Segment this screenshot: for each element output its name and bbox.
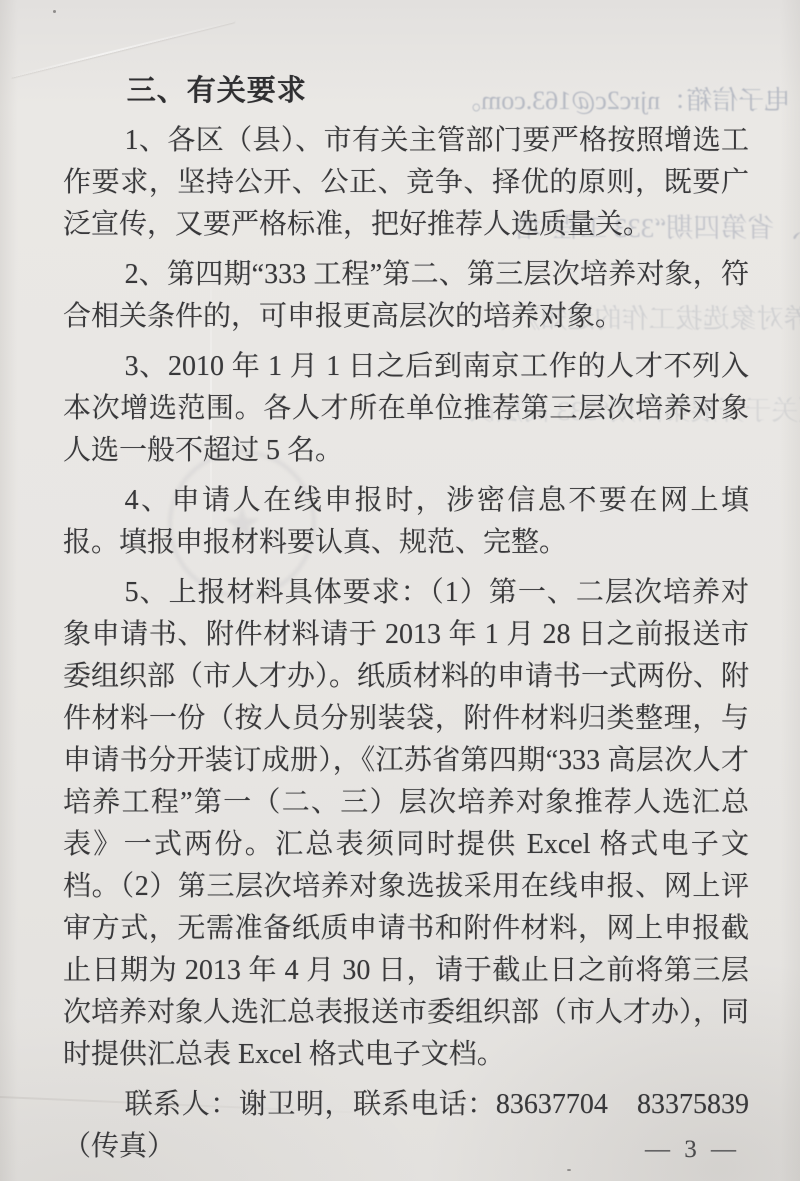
paragraph-1: 1、各区（县）、市有关主管部门要严格按照增选工作要求，坚持公开、公正、竞争、择优… bbox=[63, 120, 749, 246]
document-body: 三、有关要求 1、各区（县）、市有关主管部门要严格按照增选工作要求，坚持公开、公… bbox=[63, 70, 749, 1176]
paragraph-2: 2、第四期“333 工程”第二、第三层次培养对象，符合相关条件的，可申报更高层次… bbox=[63, 254, 749, 338]
section-heading: 三、有关要求 bbox=[63, 70, 749, 112]
scanned-document-page: 电子信箱：njrc2c@163.com。 1、省第四期“333 工程”增 养对象… bbox=[0, 0, 800, 1181]
scan-speck bbox=[53, 10, 56, 13]
paragraph-4: 4、申请人在线申报时，涉密信息不要在网上填报。填报申报材料要认真、规范、完整。 bbox=[63, 480, 749, 564]
page-number: — 3 — bbox=[645, 1136, 740, 1164]
paragraph-3: 3、2010 年 1 月 1 日之后到南京工作的人才不列入本次增选范围。各人才所… bbox=[63, 346, 749, 472]
paragraph-5: 5、上报材料具体要求：（1）第一、二层次培养对象申请书、附件材料请于 2013 … bbox=[63, 572, 749, 1076]
